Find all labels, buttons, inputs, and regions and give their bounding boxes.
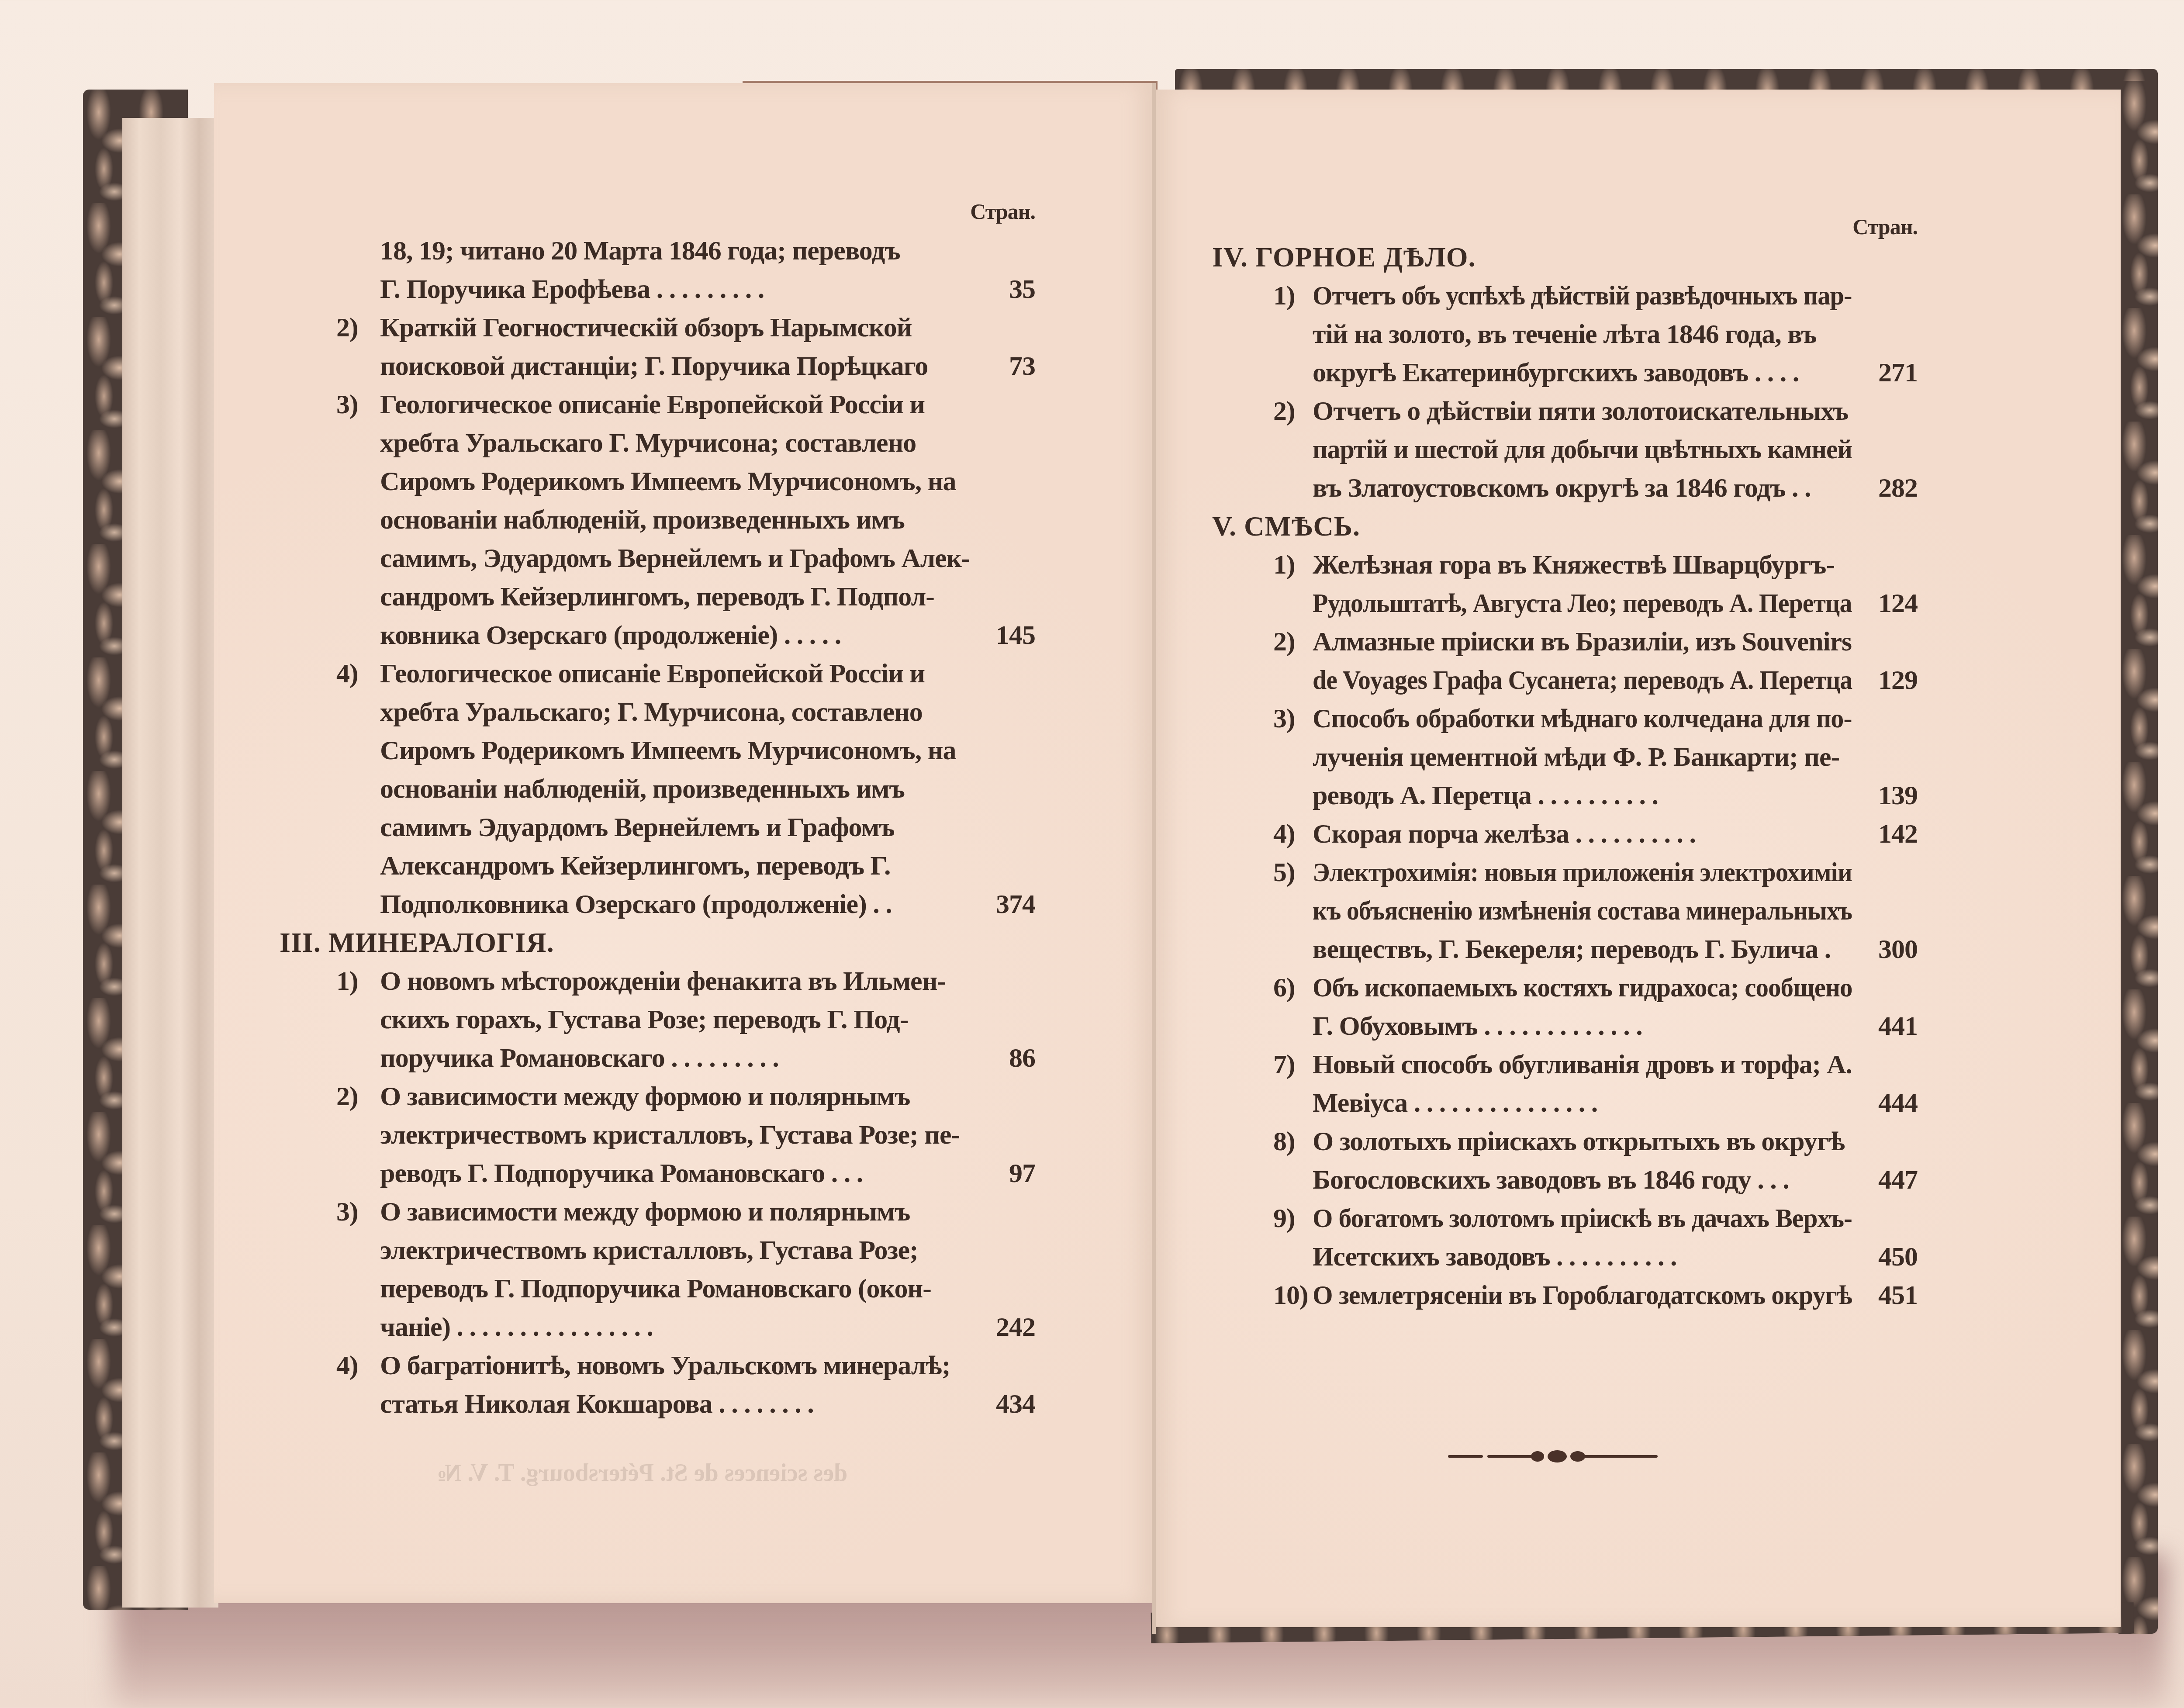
entry-text-line: основаніи наблюденій, произведенныхъ имъ	[380, 770, 905, 808]
entry-number: 2)	[336, 308, 358, 347]
page-number: 129	[1878, 661, 1918, 699]
entry-text-line: партій и шестой для добычи цвѣтныхъ камн…	[1313, 430, 1852, 469]
entry-text-line: Мевіуса . . . . . . . . . . . . . . .	[1313, 1084, 1597, 1122]
entry-text-line: хребта Уральскаго; Г. Мурчисона, составл…	[380, 693, 923, 731]
page-number: 451	[1878, 1276, 1918, 1314]
entry-text-line: 18, 19; читано 20 Марта 1846 года; перев…	[380, 232, 900, 270]
entry-text-line: О зависимости между формою и полярнымъ	[380, 1077, 910, 1116]
entry-text-line: Алмазные пріиски въ Бразиліи, изъ Souven…	[1313, 622, 1852, 661]
section-heading: V. СМѢСЬ.	[1212, 507, 1360, 546]
page-number: 282	[1878, 469, 1918, 507]
entry-text-line: поисковой дистанціи; Г. Поручика Порѣцка…	[380, 347, 928, 385]
entry-text-line: хребта Уральскаго Г. Мурчисона; составле…	[380, 424, 916, 462]
page-number: 142	[1878, 815, 1918, 853]
entry-text-line: переводъ Г. Подпоручика Романовскаго (ок…	[380, 1269, 931, 1308]
entry-text-line: электричествомъ кристалловъ, Густава Роз…	[380, 1116, 960, 1154]
entry-text-line: Богословскихъ заводовъ въ 1846 году . . …	[1313, 1161, 1789, 1199]
entry-text-line: Геологическое описаніе Европейской Россі…	[380, 654, 925, 693]
page-column-header: Стран.	[970, 192, 1035, 231]
entry-text-line: къ объясненію измѣненія состава минераль…	[1313, 892, 1852, 930]
entry-text-line: Александромъ Кейзерлингомъ, переводъ Г.	[380, 847, 891, 885]
entry-text-line: Рудольштатѣ, Августа Лео; переводъ А. Пе…	[1313, 584, 1852, 622]
decorative-rule-ornament	[1448, 1449, 1658, 1463]
entry-number: 3)	[336, 385, 358, 424]
entry-text-line: веществъ, Г. Бекереля; переводъ Г. Булич…	[1313, 930, 1831, 968]
entry-text-line: Исетскихъ заводовъ . . . . . . . . . .	[1313, 1238, 1677, 1276]
entry-number: 2)	[336, 1077, 358, 1116]
entry-text-line: лученія цементной мѣди Ф. Р. Банкарти; п…	[1313, 738, 1839, 776]
bleed-through-text: des sciences de St. Pétersbourg. T. V. №	[437, 1459, 847, 1487]
entry-number: 10)	[1273, 1276, 1308, 1314]
entry-text-line: Скорая порча желѣза . . . . . . . . . .	[1313, 815, 1696, 853]
entry-text-line: Сиромъ Родерикомъ Импеемъ Мурчисономъ, н…	[380, 731, 956, 770]
left-page-toc: Стран. 18, 19; читано 20 Марта 1846 года…	[380, 192, 1035, 1459]
entry-text-line: реводъ Г. Подпоручика Романовскаго . . .	[380, 1154, 863, 1193]
section-heading: IV. ГОРНОЕ ДѢЛО.	[1212, 238, 1476, 277]
entry-text-line: Краткій Геогностическій обзоръ Нарымской	[380, 308, 912, 347]
entry-text-line: О золотыхъ пріискахъ открытыхъ въ округѣ	[1313, 1122, 1845, 1161]
entry-text-line: тій на золото, въ теченіе лѣта 1846 года…	[1313, 315, 1816, 353]
page-number: 271	[1878, 353, 1918, 392]
entry-number: 1)	[1273, 546, 1295, 584]
entry-text-line: Геологическое описаніе Европейской Россі…	[380, 385, 925, 424]
entry-text-line: Сиромъ Родерикомъ Импеемъ Мурчисономъ, н…	[380, 462, 956, 501]
entry-number: 7)	[1273, 1045, 1295, 1084]
entry-number: 2)	[1273, 622, 1295, 661]
entry-text-line: реводъ А. Перетца . . . . . . . . . .	[1313, 776, 1658, 815]
entry-text-line: О багратіонитѣ, новомъ Уральскомъ минера…	[380, 1346, 950, 1385]
entry-text-line: статья Николая Кокшарова . . . . . . . .	[380, 1385, 814, 1423]
page-number: 97	[1009, 1154, 1035, 1193]
entry-number: 1)	[1273, 277, 1295, 315]
entry-text-line: Отчетъ о дѣйствіи пяти золотоискательных…	[1313, 392, 1848, 430]
page-number: 35	[1009, 270, 1035, 308]
entry-text-line: чаніе) . . . . . . . . . . . . . . . .	[380, 1308, 653, 1346]
entry-text-line: ковника Озерскаго (продолженіе) . . . . …	[380, 616, 841, 654]
right-page-toc: Стран. IV. ГОРНОЕ ДѢЛО.1)Отчетъ объ успѣ…	[1212, 207, 1918, 1343]
entry-text-line: Отчетъ объ успѣхѣ дѣйствій развѣдочныхъ …	[1313, 277, 1852, 315]
entry-number: 4)	[336, 654, 358, 693]
page-number: 444	[1878, 1084, 1918, 1122]
entry-text-line: Электрохимія: новыя приложенія электрохи…	[1313, 853, 1852, 892]
entry-text-line: поручика Романовскаго . . . . . . . . .	[380, 1039, 779, 1077]
page-number: 441	[1878, 1007, 1918, 1045]
page-number: 86	[1009, 1039, 1035, 1077]
entry-text-line: Способъ обработки мѣднаго колчедана для …	[1313, 699, 1852, 738]
entry-number: 3)	[336, 1193, 358, 1231]
right-cover-top-edge	[1175, 69, 2158, 90]
entry-text-line: Г. Обуховымъ . . . . . . . . . . . . .	[1313, 1007, 1642, 1045]
entry-text-line: скихъ горахъ, Густава Розе; переводъ Г. …	[380, 1000, 908, 1039]
entry-number: 5)	[1273, 853, 1295, 892]
entry-text-line: О зависимости между формою и полярнымъ	[380, 1193, 910, 1231]
entry-text-line: электричествомъ кристалловъ, Густава Роз…	[380, 1231, 918, 1269]
entry-number: 8)	[1273, 1122, 1295, 1161]
entry-text-line: округѣ Екатеринбургскихъ заводовъ . . . …	[1313, 353, 1799, 392]
entry-text-line: О землетрясеніи въ Гороблагодатскомъ окр…	[1313, 1276, 1852, 1314]
page-column-header: Стран.	[1852, 207, 1918, 246]
page-number: 139	[1878, 776, 1918, 815]
entry-text-line: О новомъ мѣсторожденіи фенакита въ Ильме…	[380, 962, 946, 1000]
entry-number: 4)	[336, 1346, 358, 1385]
entry-text-line: О богатомъ золотомъ пріискѣ въ дачахъ Ве…	[1313, 1199, 1852, 1238]
entry-text-line: въ Златоустовскомъ округѣ за 1846 годъ .…	[1313, 469, 1811, 507]
page-number: 450	[1878, 1238, 1918, 1276]
page-number: 73	[1009, 347, 1035, 385]
entry-number: 2)	[1273, 392, 1295, 430]
page-number: 242	[996, 1308, 1035, 1346]
page-number: 434	[996, 1385, 1035, 1423]
left-page-stack-edges	[122, 118, 218, 1608]
page-number: 145	[996, 616, 1035, 654]
page-number: 374	[996, 885, 1035, 923]
entry-text-line: de Voyages Графа Сусанета; переводъ А. П…	[1313, 661, 1852, 699]
entry-text-line: самимъ Эдуардомъ Вернейлемъ и Графомъ	[380, 808, 895, 847]
entry-number: 1)	[336, 962, 358, 1000]
entry-text-line: Новый способъ обугливанія дровъ и торфа;…	[1313, 1045, 1852, 1084]
book-gutter	[1152, 83, 1156, 1634]
page-number: 447	[1878, 1161, 1918, 1199]
entry-text-line: Объ ископаемыхъ костяхъ гидрахоса; сообщ…	[1313, 968, 1852, 1007]
entry-number: 9)	[1273, 1199, 1295, 1238]
section-heading: III. МИНЕРАЛОГІЯ.	[280, 923, 554, 962]
entry-text-line: сандромъ Кейзерлингомъ, переводъ Г. Подп…	[380, 577, 934, 616]
entry-text-line: Г. Поручика Ерофѣева . . . . . . . . .	[380, 270, 764, 308]
entry-text-line: Желѣзная гора въ Княжествѣ Шварцбургъ-	[1313, 546, 1835, 584]
entry-number: 4)	[1273, 815, 1295, 853]
page-number: 124	[1878, 584, 1918, 622]
page-number: 300	[1878, 930, 1918, 968]
entry-number: 6)	[1273, 968, 1295, 1007]
entry-text-line: Подполковника Озерскаго (продолженіе) . …	[380, 885, 892, 923]
entry-text-line: самимъ, Эдуардомъ Вернейлемъ и Графомъ А…	[380, 539, 970, 577]
right-cover-marbled	[2118, 81, 2158, 1634]
entry-number: 3)	[1273, 699, 1295, 738]
entry-text-line: основаніи наблюденій, произведенныхъ имъ	[380, 501, 905, 539]
